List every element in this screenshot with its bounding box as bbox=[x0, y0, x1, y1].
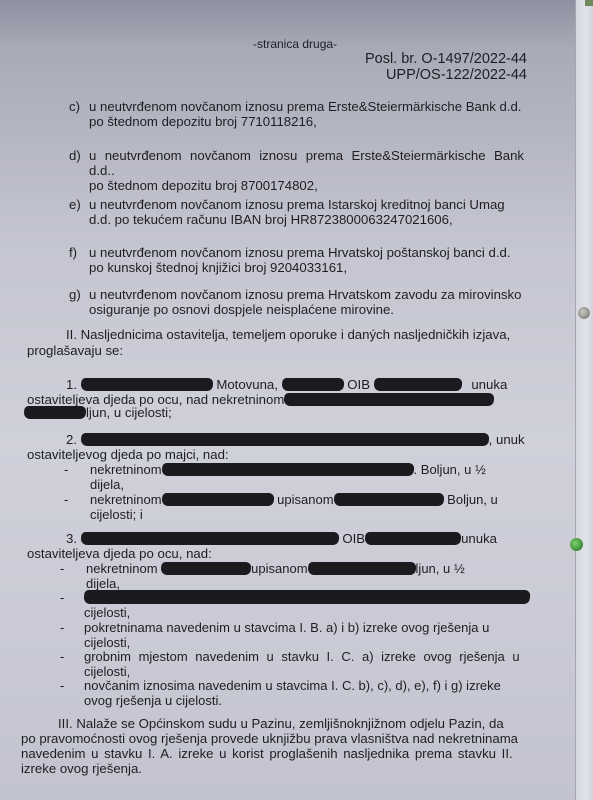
item-label: c) bbox=[69, 99, 80, 114]
section-iii-line: izreke ovog rješenja. bbox=[21, 761, 142, 776]
text: ljun, u cijelosti; bbox=[86, 405, 172, 420]
redaction-block bbox=[23, 406, 86, 419]
list-item-e: e) u neutvrđenom novčanom iznosu prema I… bbox=[69, 197, 524, 227]
section-ii-intro: II. Nasljednicima ostavitelja, temeljem … bbox=[66, 327, 510, 342]
redaction-block bbox=[364, 532, 461, 545]
case-number: Posl. br. O-1497/2022-44 bbox=[365, 52, 527, 67]
background-foliage bbox=[585, 0, 593, 6]
item-label: g) bbox=[69, 287, 81, 302]
text: ljun, u ½ bbox=[416, 561, 465, 576]
redaction-block bbox=[284, 393, 495, 406]
page-edge bbox=[575, 0, 593, 800]
text: nekretninom bbox=[86, 561, 158, 576]
heir-number: 1. bbox=[66, 377, 77, 392]
redaction-block bbox=[281, 378, 344, 391]
redaction-block bbox=[80, 532, 339, 545]
text: cijelosti, bbox=[84, 664, 530, 679]
bullet-dash: - bbox=[64, 462, 68, 477]
redaction-block bbox=[83, 590, 530, 604]
text: . Boljun, u ½ bbox=[414, 462, 486, 477]
heir-1-line: 1. Motovuna, OIB unuka bbox=[66, 377, 507, 392]
redaction-block bbox=[373, 378, 462, 391]
heir-3-property-1: - nekretninom upisanomljun, u ½ dijela, bbox=[60, 561, 530, 591]
heir-3-grave: - grobnim mjestom navedenim u stavku I. … bbox=[60, 649, 530, 679]
item-text: d.d. po tekućem računu IBAN broj HR87238… bbox=[89, 212, 524, 227]
item-text: u neutvrđenom novčanom iznosu prema Erst… bbox=[89, 148, 524, 178]
redaction-block bbox=[333, 493, 444, 506]
item-label: e) bbox=[69, 197, 81, 212]
text: upisanom bbox=[277, 492, 333, 507]
bullet-dash: - bbox=[60, 620, 64, 635]
pushpin-icon bbox=[570, 538, 583, 551]
bullet-dash: - bbox=[60, 678, 64, 693]
heir-1-line: ljun, u cijelosti; bbox=[24, 405, 172, 420]
text: cijelosti, bbox=[84, 605, 530, 620]
item-text: u neutvrđenom novčanom iznosu prema Hrva… bbox=[89, 245, 524, 260]
heir-number: 2. bbox=[66, 432, 77, 447]
text: upisanom bbox=[251, 561, 307, 576]
item-text: u neutvrđenom novčanom iznosu prema Hrva… bbox=[89, 287, 524, 302]
pushpin-icon bbox=[578, 307, 590, 319]
bullet-dash: - bbox=[60, 590, 64, 605]
text: Motovuna, bbox=[216, 377, 278, 392]
page-marker: -stranica druga- bbox=[253, 37, 337, 52]
bullet-dash: - bbox=[64, 492, 68, 507]
text: cijelosti, bbox=[84, 635, 530, 650]
text: novčanim iznosima navedenim u stavcima I… bbox=[84, 678, 530, 693]
text: unuka bbox=[461, 531, 497, 546]
text: pokretninama navedenim u stavcima I. B. … bbox=[84, 620, 530, 635]
list-item-g: g) u neutvrđenom novčanom iznosu prema H… bbox=[69, 287, 524, 317]
text: dijela, bbox=[90, 477, 534, 492]
text: nekretninom bbox=[90, 492, 162, 507]
section-iii-line: navedenim u stavku I. A. izreke u korist… bbox=[21, 746, 513, 761]
redaction-block bbox=[160, 562, 251, 575]
text: , unuk bbox=[489, 432, 525, 447]
list-item-c: c) u neutvrđenom novčanom iznosu prema E… bbox=[69, 99, 524, 129]
case-number-secondary: UPP/OS-122/2022-44 bbox=[386, 68, 527, 83]
heir-2-property-2: - nekretninom upisanom Boljun, u cijelos… bbox=[64, 492, 534, 522]
heir-2-line: ostaviteljevog djeda po majci, nad: bbox=[27, 447, 229, 462]
item-text: osiguranje po osnovi dospjele neisplaćen… bbox=[89, 302, 524, 317]
section-iii-line: po pravomoćnosti ovog rješenja provede u… bbox=[21, 731, 518, 746]
text: OIB bbox=[347, 377, 370, 392]
heir-3-line: 3. OIBunuka bbox=[66, 531, 497, 546]
text: nekretninom bbox=[90, 462, 162, 477]
item-label: d) bbox=[69, 148, 81, 163]
text: Boljun, u bbox=[447, 492, 498, 507]
text: cijelosti; i bbox=[90, 507, 534, 522]
text: dijela, bbox=[86, 576, 530, 591]
item-text: u neutvrđenom novčanom iznosu prema Erst… bbox=[89, 99, 524, 114]
list-item-f: f) u neutvrđenom novčanom iznosu prema H… bbox=[69, 245, 524, 275]
redaction-block bbox=[80, 378, 213, 391]
list-item-d: d) u neutvrđenom novčanom iznosu prema E… bbox=[69, 148, 524, 193]
heir-3-property-2: - cijelosti, bbox=[60, 590, 530, 620]
heir-2-property-1: - nekretninom. Boljun, u ½ dijela, bbox=[64, 462, 534, 492]
bullet-dash: - bbox=[60, 561, 64, 576]
heir-3-line: ostaviteljeva djeda po ocu, nad: bbox=[27, 546, 212, 561]
redaction-block bbox=[161, 493, 274, 506]
item-text: po kunskoj štednoj knjižici broj 9204033… bbox=[89, 260, 524, 275]
text: OIB bbox=[342, 531, 365, 546]
item-label: f) bbox=[69, 245, 77, 260]
text: ovog rješenja u cijelosti. bbox=[84, 693, 530, 708]
document-page: -stranica druga- Posl. br. O-1497/2022-4… bbox=[0, 0, 575, 800]
section-ii-intro-cont: proglašavaju se: bbox=[27, 343, 123, 358]
redaction-block bbox=[80, 433, 489, 446]
heir-2-line: 2. , unuk bbox=[66, 432, 525, 447]
text: grobnim mjestom navedenim u stavku I. C.… bbox=[84, 649, 530, 664]
text: unuka bbox=[471, 377, 507, 392]
bullet-dash: - bbox=[60, 649, 64, 664]
redaction-block bbox=[161, 463, 414, 476]
item-text: po štednom depozitu broj 8700174802, bbox=[89, 178, 524, 193]
heir-number: 3. bbox=[66, 531, 77, 546]
item-text: po štednom depozitu broj 7710118216, bbox=[89, 114, 524, 129]
heir-3-monies: - novčanim iznosima navedenim u stavcima… bbox=[60, 678, 530, 708]
heir-3-movables: - pokretninama navedenim u stavcima I. B… bbox=[60, 620, 530, 650]
section-iii-line: III. Nalaže se Općinskom sudu u Pazinu, … bbox=[58, 716, 504, 731]
redaction-block bbox=[307, 562, 416, 575]
item-text: u neutvrđenom novčanom iznosu prema Ista… bbox=[89, 197, 524, 212]
